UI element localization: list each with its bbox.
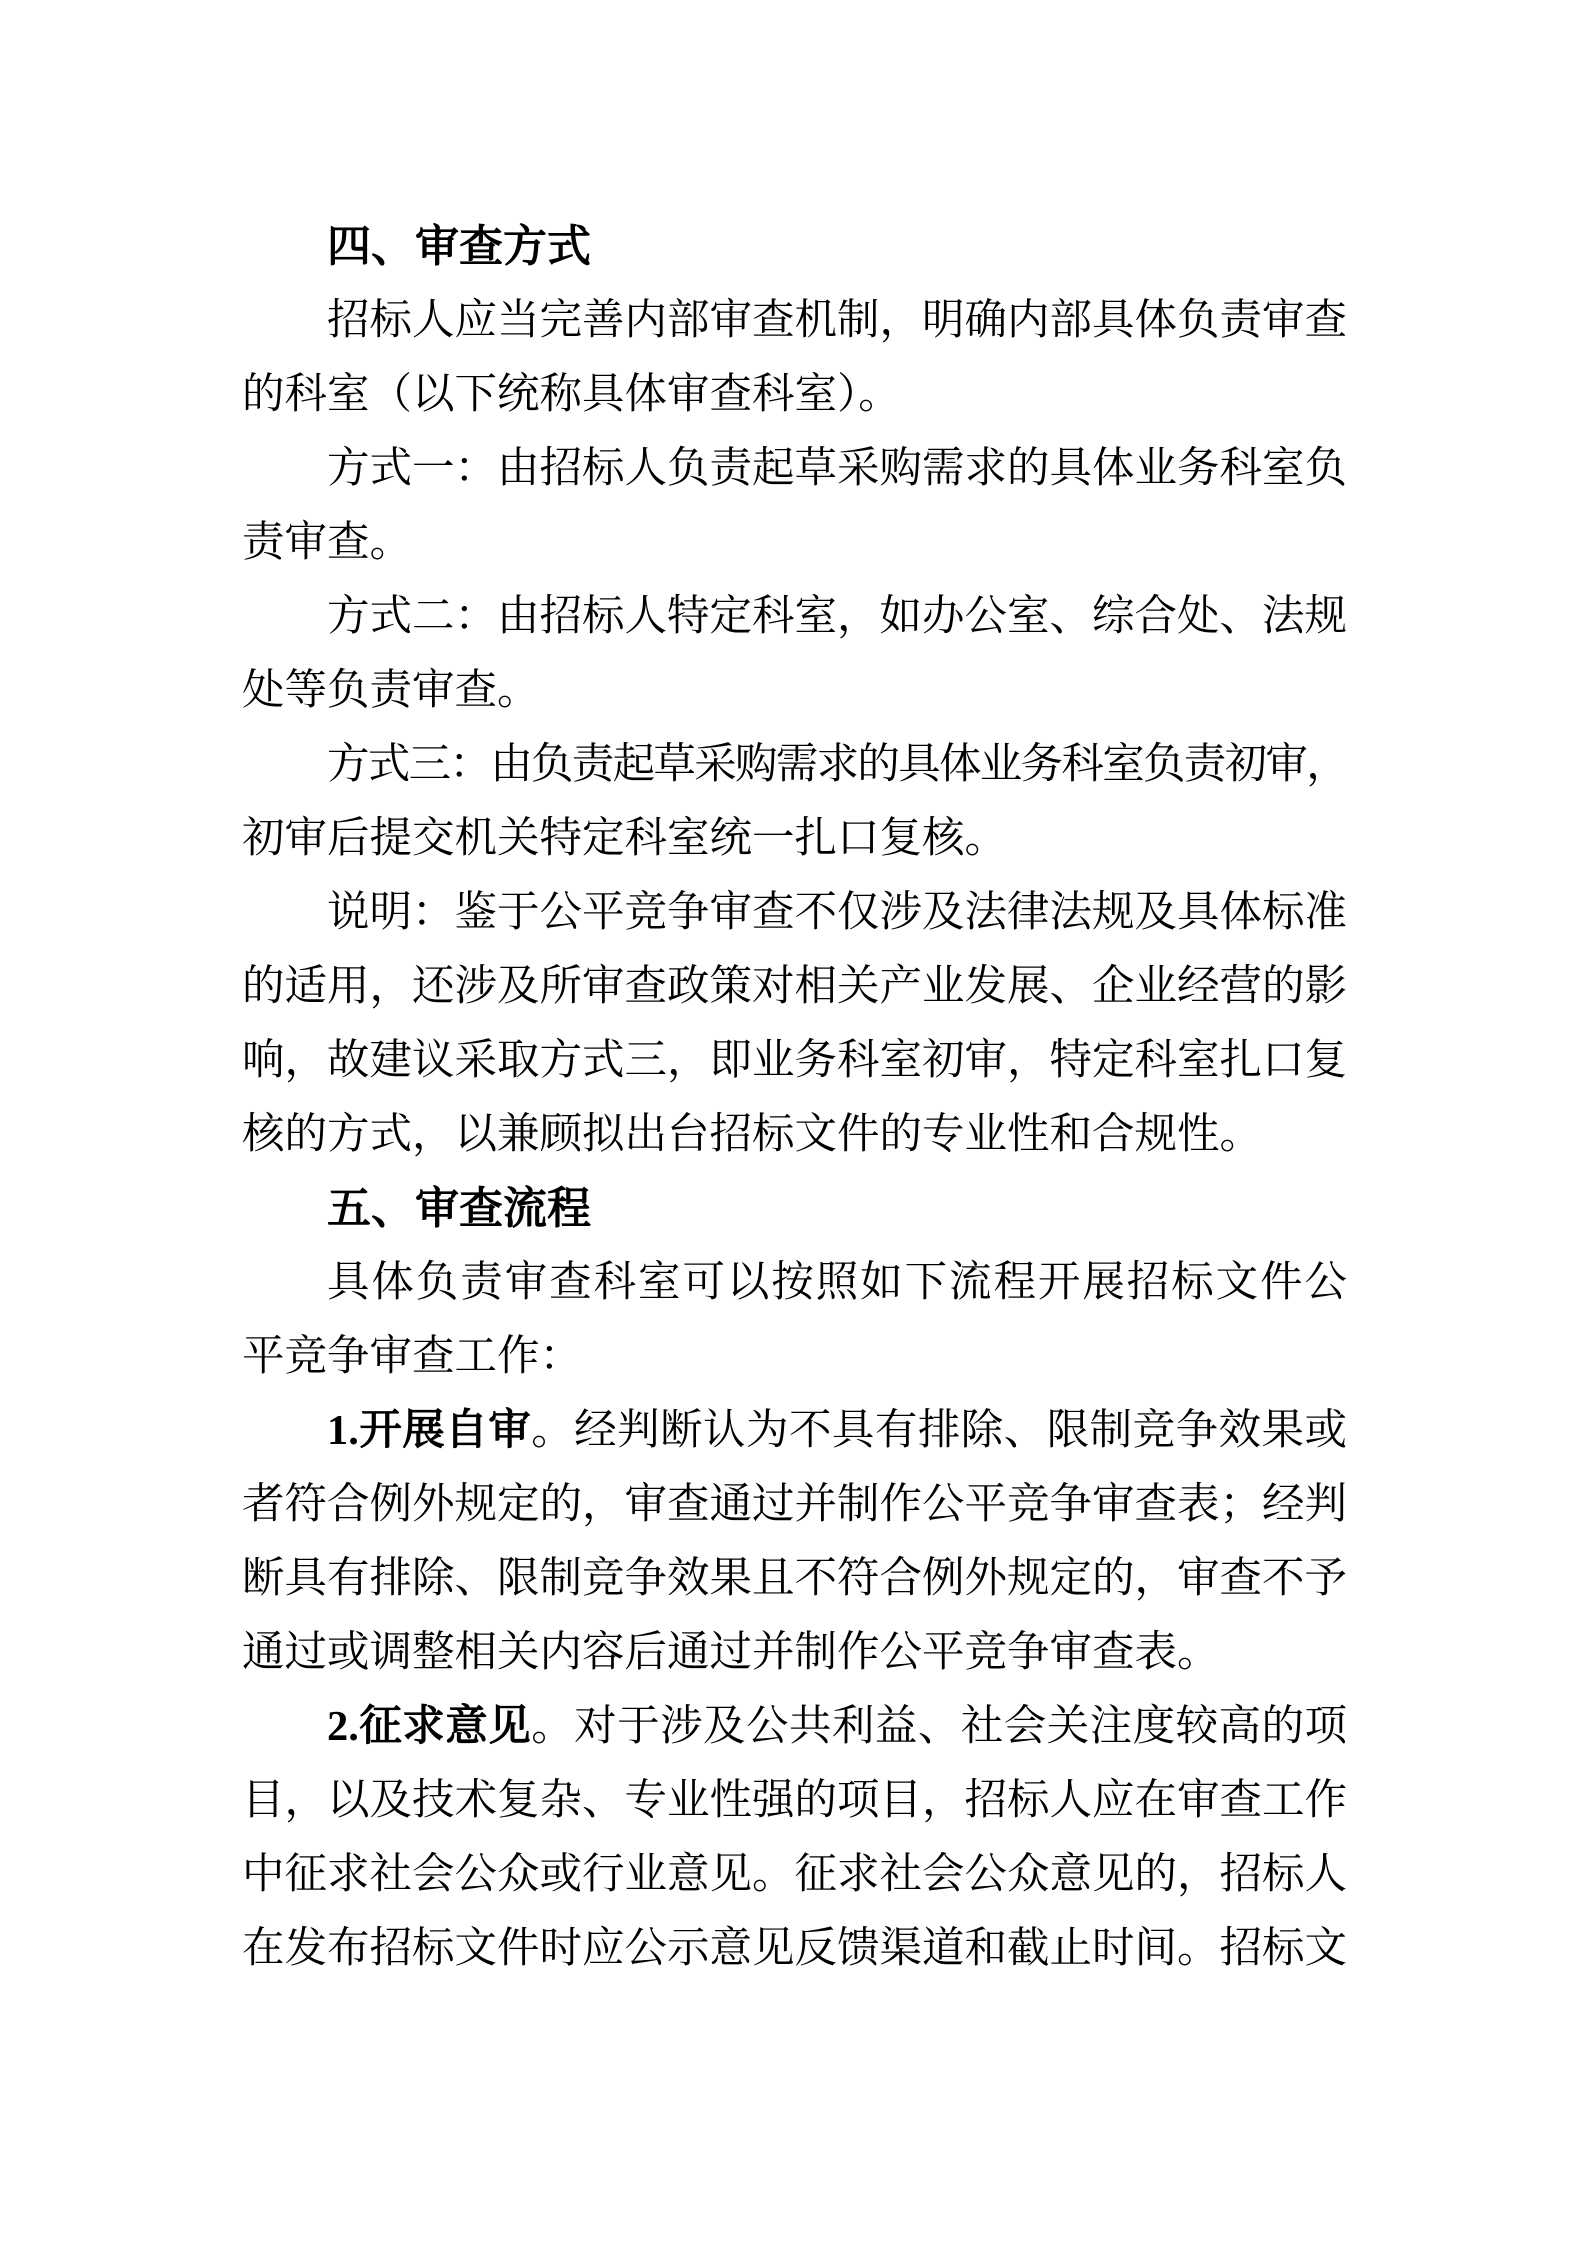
text-line: 说明：鉴于公平竞争审查不仅涉及法律法规及具体标准 [242,876,1347,950]
text-run: 的适用，还涉及所审查政策对相关产业发展、企业经营的影 [242,963,1347,1010]
bold-text-run: 五、审查流程 [327,1184,591,1233]
text-run: 目，以及技术复杂、专业性强的项目，招标人应在审查工作 [242,1777,1347,1824]
text-run: 者符合例外规定的，审查通过并制作公平竞争审查表；经判 [242,1481,1347,1528]
text-line: 2.征求意见。对于涉及公共利益、社会关注度较高的项 [242,1690,1347,1764]
text-run: 。对于涉及公共利益、社会关注度较高的项 [531,1703,1347,1750]
text-run: 方式三：由负责起草采购需求的具体业务科室负责初审， [327,741,1347,788]
text-run: 方式二：由招标人特定科室，如办公室、综合处、法规 [327,593,1347,640]
text-line: 通过或调整相关内容后通过并制作公平竞争审查表。 [242,1616,1347,1690]
text-line: 者符合例外规定的，审查通过并制作公平竞争审查表；经判 [242,1468,1347,1542]
text-line: 初审后提交机关特定科室统一扎口复核。 [242,802,1347,876]
text-line: 处等负责审查。 [242,654,1347,728]
bold-text-run: 2.征求意见 [327,1703,531,1750]
text-run: 。经判断认为不具有排除、限制竞争效果或 [531,1407,1347,1454]
text-line: 核的方式，以兼顾拟出台招标文件的专业性和合规性。 [242,1098,1347,1172]
text-line: 响，故建议采取方式三，即业务科室初审，特定科室扎口复 [242,1024,1347,1098]
text-run: 核的方式，以兼顾拟出台招标文件的专业性和合规性。 [242,1111,1262,1158]
text-block: 四、审查方式招标人应当完善内部审查机制，明确内部具体负责审查的科室（以下统称具体… [242,210,1347,1986]
text-line: 的科室（以下统称具体审查科室）。 [242,358,1347,432]
text-line: 1.开展自审。经判断认为不具有排除、限制竞争效果或 [242,1394,1347,1468]
text-line: 目，以及技术复杂、专业性强的项目，招标人应在审查工作 [242,1764,1347,1838]
text-line: 具体负责审查科室可以按照如下流程开展招标文件公 [242,1246,1347,1320]
text-line: 方式三：由负责起草采购需求的具体业务科室负责初审， [242,728,1347,802]
text-line: 责审查。 [242,506,1347,580]
text-run: 方式一：由招标人负责起草采购需求的具体业务科室负 [327,445,1347,492]
text-line: 方式一：由招标人负责起草采购需求的具体业务科室负 [242,432,1347,506]
text-run: 在发布招标文件时应公示意见反馈渠道和截止时间。招标文 [242,1925,1347,1972]
text-line: 中征求社会公众或行业意见。征求社会公众意见的，招标人 [242,1838,1347,1912]
text-run: 招标人应当完善内部审查机制，明确内部具体负责审查 [327,297,1347,344]
text-line: 平竞争审查工作： [242,1320,1347,1394]
text-line: 在发布招标文件时应公示意见反馈渠道和截止时间。招标文 [242,1912,1347,1986]
section-heading: 四、审查方式 [242,210,1347,284]
text-run: 初审后提交机关特定科室统一扎口复核。 [242,815,1007,862]
bold-text-run: 1.开展自审 [327,1407,531,1454]
text-run: 断具有排除、限制竞争效果且不符合例外规定的，审查不予 [242,1555,1347,1602]
text-run: 响，故建议采取方式三，即业务科室初审，特定科室扎口复 [242,1037,1347,1084]
text-run: 通过或调整相关内容后通过并制作公平竞争审查表。 [242,1629,1220,1676]
text-line: 的适用，还涉及所审查政策对相关产业发展、企业经营的影 [242,950,1347,1024]
text-run: 中征求社会公众或行业意见。征求社会公众意见的，招标人 [242,1851,1347,1898]
section-heading: 五、审查流程 [242,1172,1347,1246]
text-run: 责审查。 [242,519,412,566]
text-line: 招标人应当完善内部审查机制，明确内部具体负责审查 [242,284,1347,358]
bold-text-run: 四、审查方式 [327,222,591,271]
text-run: 具体负责审查科室可以按照如下流程开展招标文件公 [327,1259,1347,1306]
text-line: 方式二：由招标人特定科室，如办公室、综合处、法规 [242,580,1347,654]
text-run: 处等负责审查。 [242,667,540,714]
text-run: 说明：鉴于公平竞争审查不仅涉及法律法规及具体标准 [327,889,1347,936]
document-page: 四、审查方式招标人应当完善内部审查机制，明确内部具体负责审查的科室（以下统称具体… [0,0,1587,2245]
text-line: 断具有排除、限制竞争效果且不符合例外规定的，审查不予 [242,1542,1347,1616]
text-run: 的科室（以下统称具体审查科室）。 [242,371,901,418]
text-run: 平竞争审查工作： [242,1333,582,1380]
